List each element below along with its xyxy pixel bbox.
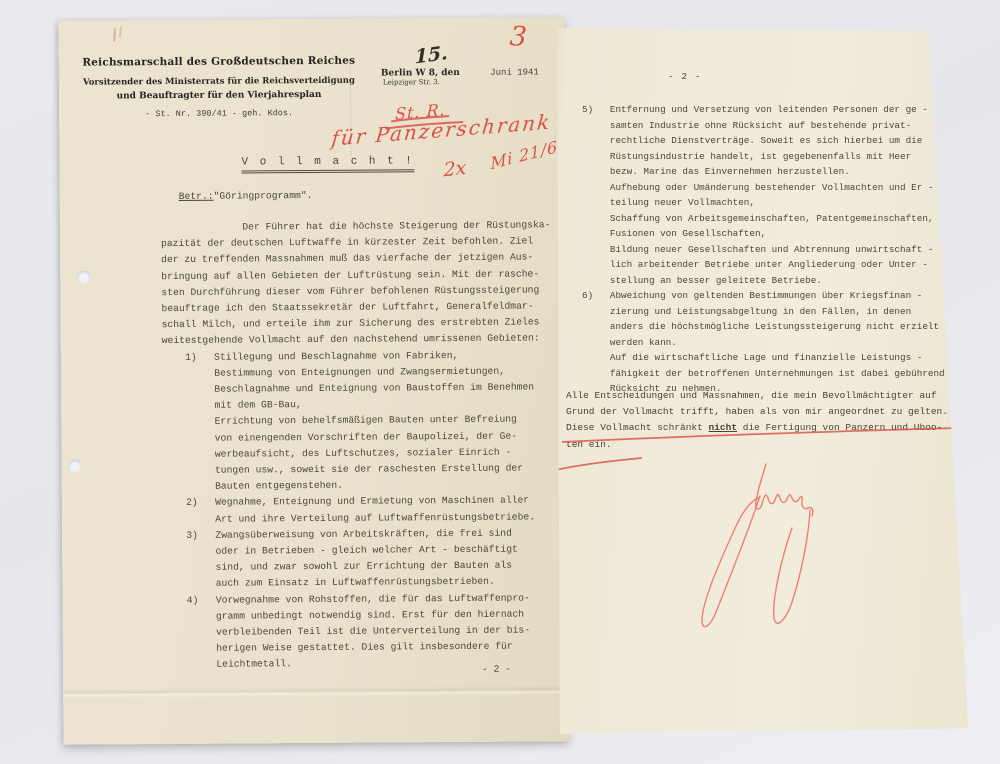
typed-line: teilung neuer Vollmachten, xyxy=(582,195,945,211)
closing-line: Alle Entscheidungen und Massnahmen, die … xyxy=(566,388,948,404)
page-1: Reichsmarschall des Großdeutschen Reiche… xyxy=(58,17,569,745)
typed-line: bezw. Marine das Einvernehmen herzustell… xyxy=(582,164,945,180)
typed-line: Schaffung von Arbeitsgemeinschaften, Pat… xyxy=(582,211,945,227)
date-city: Berlin W 8, den xyxy=(381,68,460,79)
subject-line: Betr.:"Göringprogramm". xyxy=(179,190,313,202)
punch-hole-top xyxy=(77,271,90,284)
typed-line: tungen usw., soweit sie der raschesten E… xyxy=(163,460,553,479)
typed-body-page2: 5) Entfernung und Versetzung von leitend… xyxy=(582,102,945,397)
closing-line: ten ein. xyxy=(566,437,948,453)
page-footer-number: - 2 - xyxy=(482,664,511,675)
typed-line: lich arbeitender Betriebe unter Angliede… xyxy=(582,257,945,273)
subject-value: "Göringprogramm". xyxy=(214,190,313,202)
typed-line: Bildung neuer Gesellschaften und Abtrenn… xyxy=(582,242,945,258)
date-day-handwritten: 15. xyxy=(415,42,448,68)
date-month-year: Juni 1941 xyxy=(490,67,539,77)
fold-crease xyxy=(63,685,569,699)
emphasized-nicht: nicht xyxy=(709,422,738,433)
typed-line: Beschlagnahme und Enteignung von Baustof… xyxy=(162,379,552,398)
closing-line3-post: die Fertigung von Panzern und Uboo- xyxy=(737,422,942,433)
typed-line: samten Industrie ohne Rücksicht auf best… xyxy=(582,118,945,134)
typed-line: Fusionen von Gesellschaften, xyxy=(582,226,945,242)
page2-header-number: - 2 - xyxy=(668,71,702,82)
date-street: Leipziger Str. 3. xyxy=(383,78,440,86)
red-page-number: 3 xyxy=(509,21,528,53)
typed-line: zierung und Leistungsabgeltung in den Fä… xyxy=(582,304,945,320)
letterhead-line-1: Reichsmarschall des Großdeutschen Reiche… xyxy=(82,55,355,69)
letterhead: Reichsmarschall des Großdeutschen Reiche… xyxy=(89,55,349,120)
goring-signature xyxy=(674,452,844,642)
red-tick-mark xyxy=(119,26,122,37)
letterhead-line-3: und Beauftragter für den Vierjahresplan xyxy=(117,90,322,101)
photo-background: { "document_language": "German", "page1"… xyxy=(0,0,1000,764)
subject-label: Betr.: xyxy=(179,191,214,202)
vollmacht-heading: V o l l m a c h t ! xyxy=(241,155,414,173)
closing-line3-pre: Diese Vollmacht schränkt xyxy=(566,422,709,433)
closing-block: Alle Entscheidungen und Massnahmen, die … xyxy=(566,388,948,453)
closing-line: Grund der Vollmacht trifft, haben als vo… xyxy=(566,404,948,420)
red-tick-mark xyxy=(113,28,116,41)
typed-line: 6) Abweichung von geltenden Bestimmungen… xyxy=(582,288,945,304)
closing-line-emphasized: Diese Vollmacht schränkt nicht die Ferti… xyxy=(566,420,948,436)
annotation-paraph: Mi 21/6 xyxy=(490,137,559,174)
typed-line: Rüstungsindustrie handelt, ist gegebenen… xyxy=(582,149,945,165)
typed-line: anders die höchstmögliche Leistungssteig… xyxy=(582,319,945,335)
typed-line: werden kann. xyxy=(582,335,945,351)
letterhead-line-2: Vorsitzender des Ministerrats für die Re… xyxy=(83,76,355,88)
typed-line: rechtliche Dienstverträge. Soweit es sic… xyxy=(582,133,945,149)
typed-line: herigen Weise gestattet. Dies gilt insbe… xyxy=(164,639,554,658)
reference-number: - St. Nr. 390/41 - geh. Kdos. xyxy=(145,108,293,119)
typed-line: weitestgehende Vollmacht auf den nachste… xyxy=(162,331,552,350)
page-2: - 2 - 5) Entfernung und Versetzung von l… xyxy=(548,24,970,734)
punch-hole-bottom xyxy=(69,460,82,473)
typed-line: stellung an besser geleitete Betriebe. xyxy=(582,273,945,289)
typed-line: Aufhebung oder Umänderung bestehender Vo… xyxy=(582,180,945,196)
typed-line: fähigkeit der betroffenen Unternehmungen… xyxy=(582,366,945,382)
annotation-copies-2x: 2x xyxy=(444,157,467,182)
typed-line: Auf die wirtschaftliche Lage und finanzi… xyxy=(582,350,945,366)
typed-body-page1: Der Führer hat die höchste Steigerung de… xyxy=(161,217,554,673)
typed-line: 5) Entfernung und Versetzung von leitend… xyxy=(582,102,945,118)
